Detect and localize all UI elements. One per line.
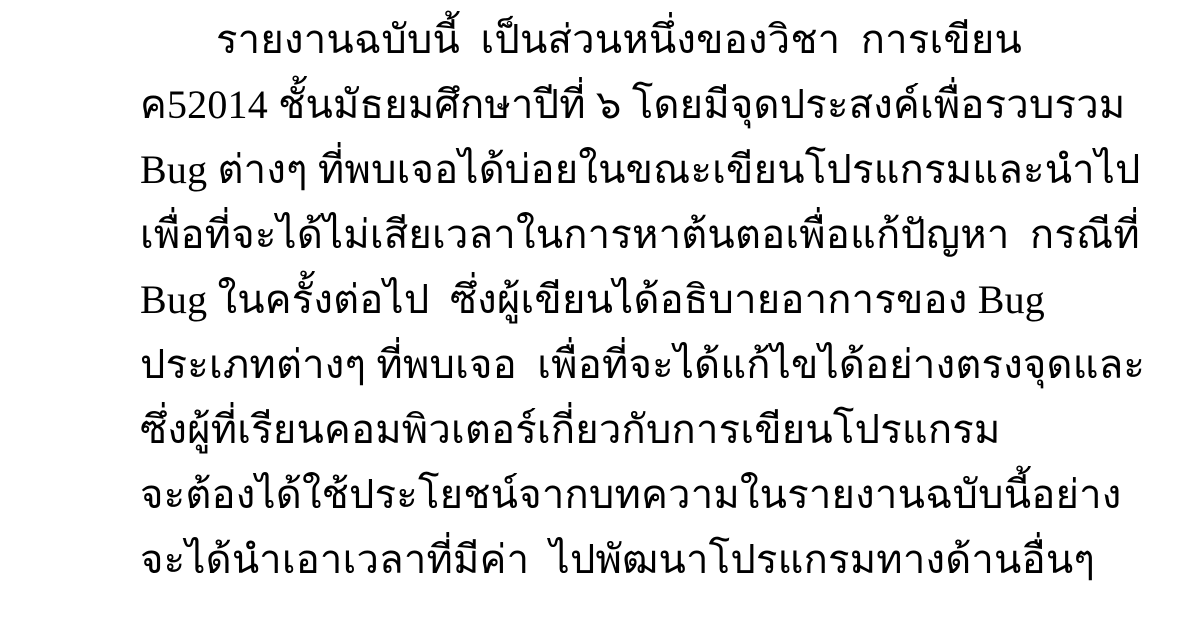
text-line: ค52014 ชั้นมัธยมศึกษาปีที่ ๖ โดยมีจุดประ… (140, 72, 1180, 137)
text-line: Bug ในครั้งต่อไป ซึ่งผู้เขียนได้อธิบายอา… (140, 267, 1180, 332)
text-line: เพื่อที่จะได้ไม่เสียเวลาในการหาต้นตอเพื่… (140, 202, 1180, 267)
document-page: รายงานฉบับนี้ เป็นส่วนหนึ่งของวิชา การเข… (0, 0, 1200, 630)
text-line: จะต้องได้ใช้ประโยชน์จากบทความในรายงานฉบั… (140, 462, 1180, 527)
text-line: รายงานฉบับนี้ เป็นส่วนหนึ่งของวิชา การเข… (140, 7, 1180, 72)
text-line: Bug ต่างๆ ที่พบเจอได้บ่อยในขณะเขียนโปรแก… (140, 137, 1180, 202)
text-line: จะได้นำเอาเวลาที่มีค่า ไปพัฒนาโปรแกรมทาง… (140, 527, 1180, 592)
text-line: ซึ่งผู้ที่เรียนคอมพิวเตอร์เกี่ยวกับการเข… (140, 397, 1180, 462)
text-line: ประเภทต่างๆ ที่พบเจอ เพื่อที่จะได้แก้ไขไ… (140, 332, 1180, 397)
